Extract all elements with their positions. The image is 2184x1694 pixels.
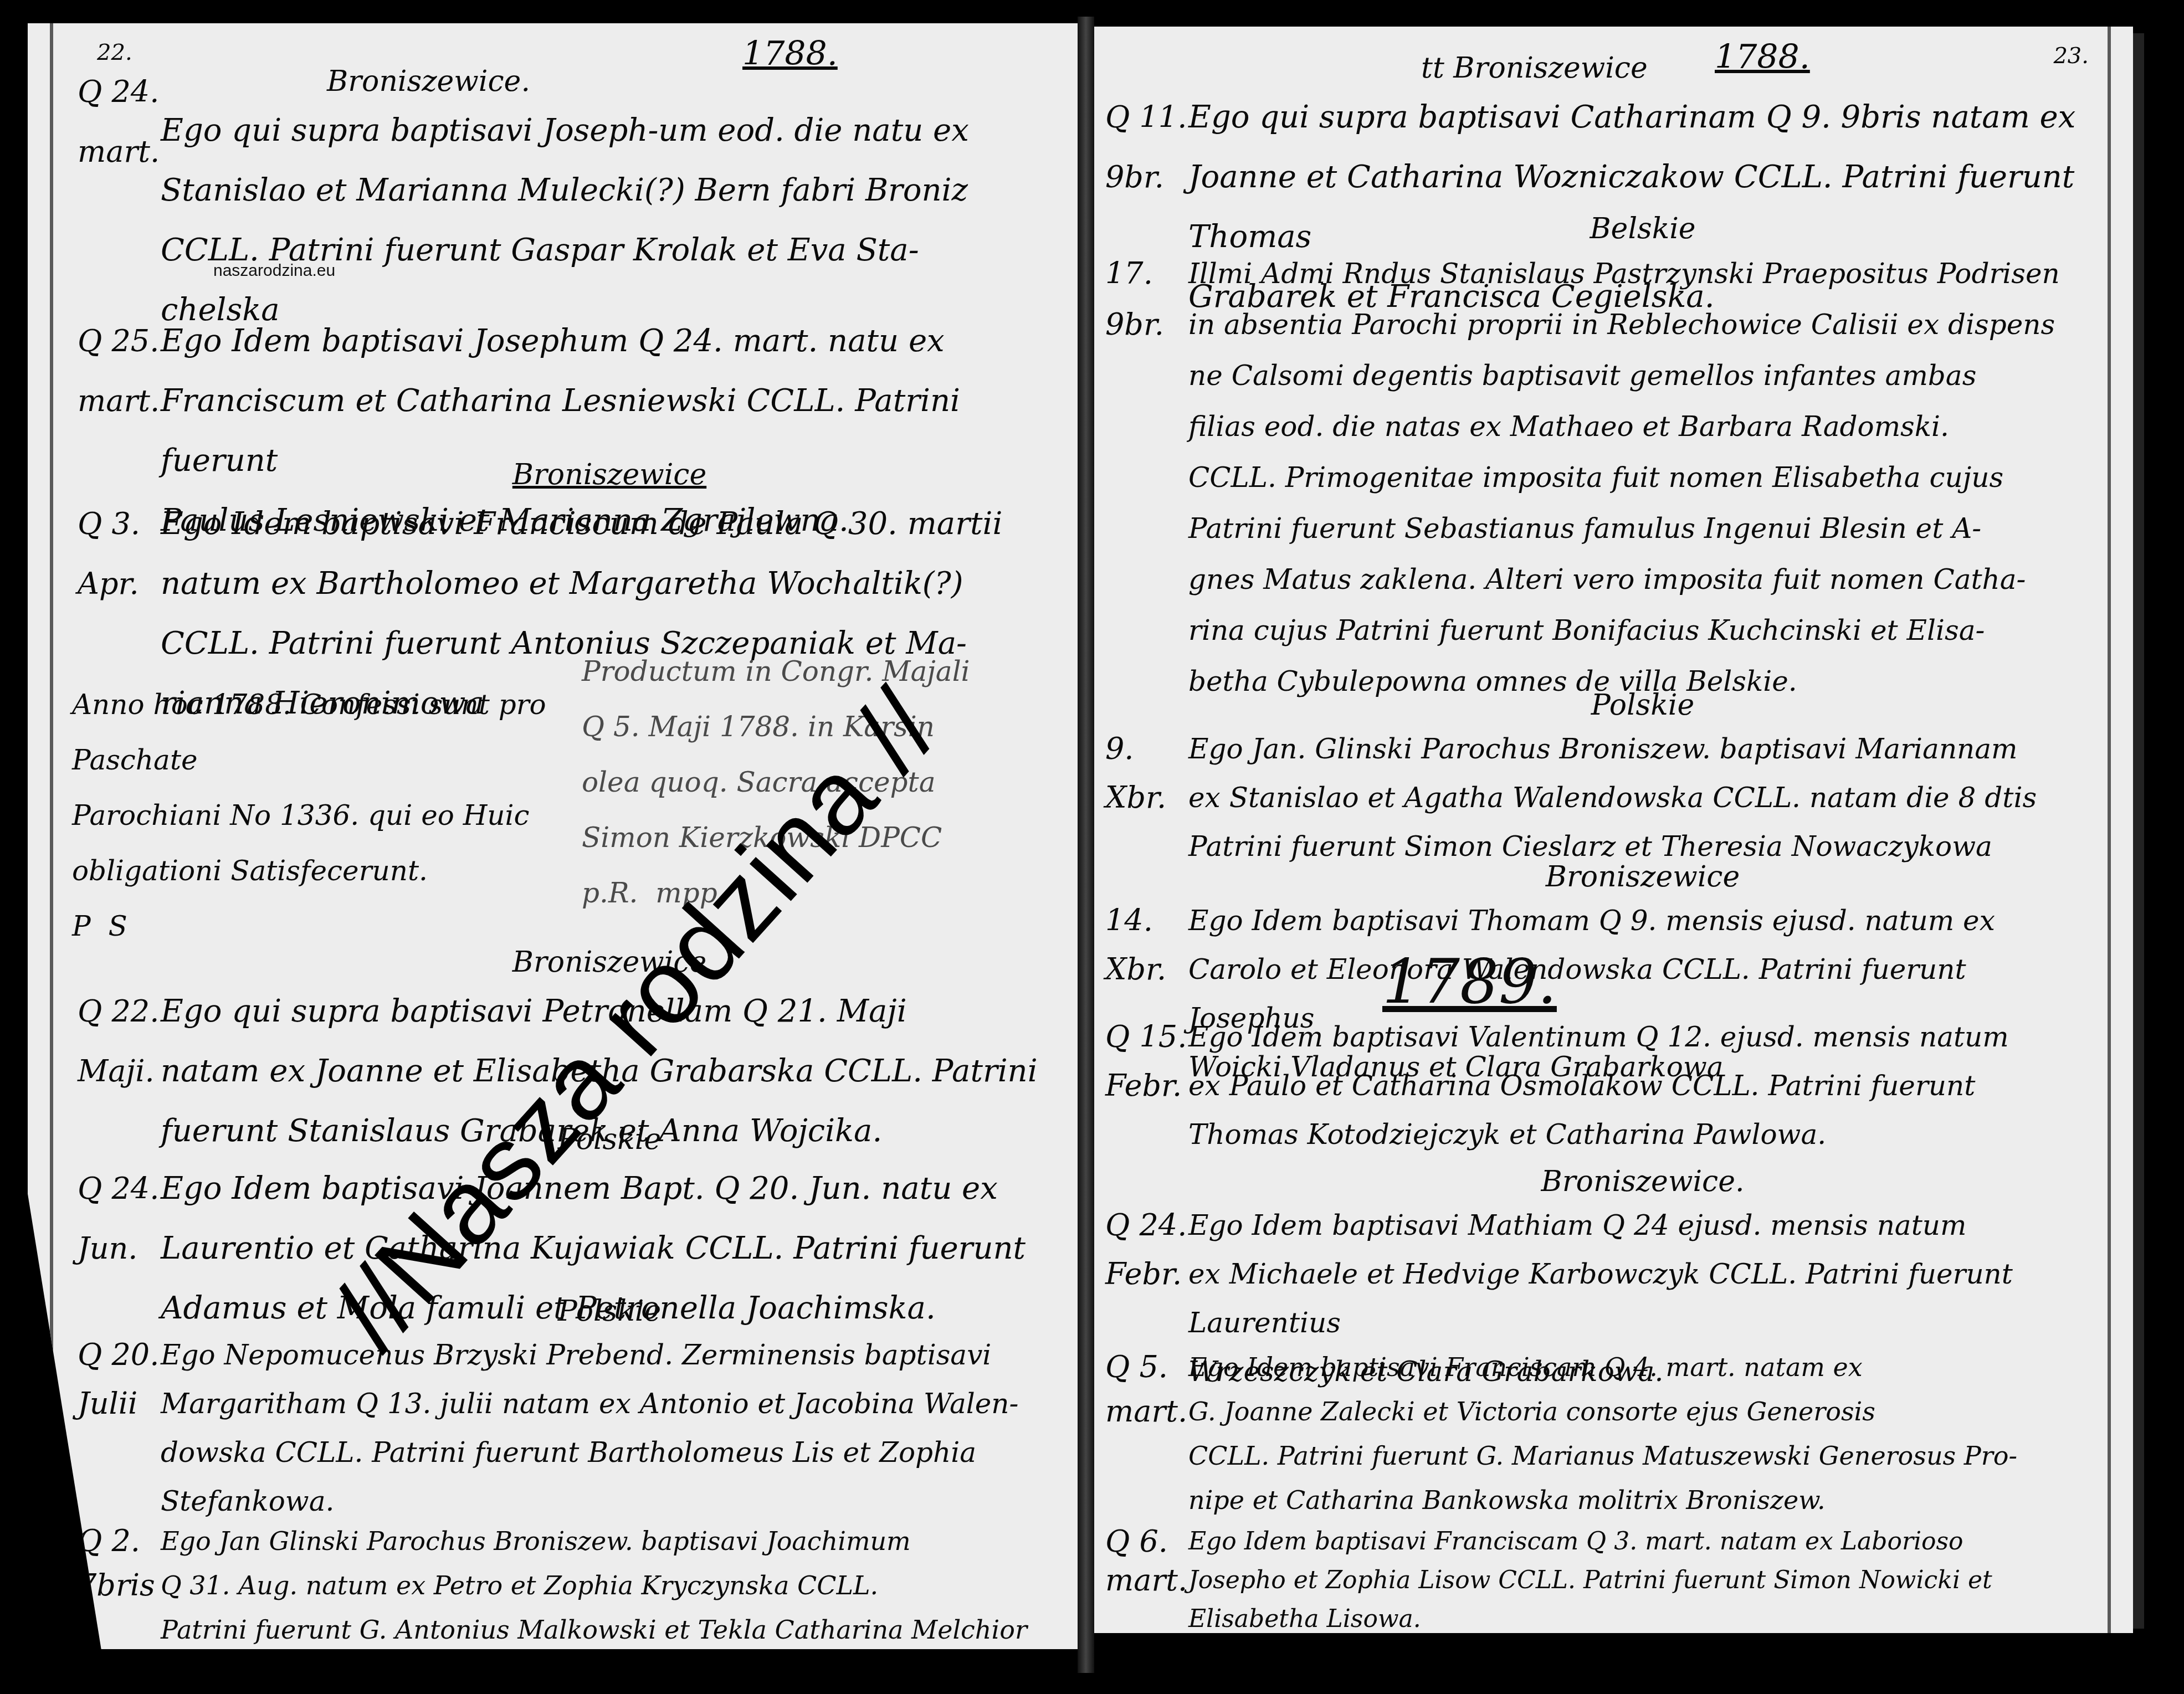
baptism-entry: Polskie Q 20. Julii Ego Nepomucenus Brzy…	[161, 1292, 1058, 1526]
entry-text: Ego Idem baptisavi Franciscam Q 4. mart.…	[1188, 1345, 2097, 1522]
left-page: 22. 1788. Q 24. mart. Broniszewice. Ego …	[28, 23, 1078, 1649]
entry-text: Ego Jan Glinski Parochus Broniszew. bapt…	[161, 1519, 1058, 1649]
entry-date: Q 6. mart.	[1105, 1522, 1199, 1600]
village-heading: Polskie	[161, 1292, 1058, 1331]
entry-date: Q 25. mart.	[78, 311, 172, 431]
entry-text: Illmi Admi Rndus Stanislaus Pastrzynski …	[1188, 248, 2097, 707]
village-heading: Broniszewice.	[161, 62, 1058, 101]
register-spread: 22. 1788. Q 24. mart. Broniszewice. Ego …	[0, 0, 2184, 1694]
entry-date: Q 24. mart.	[78, 62, 172, 182]
entry-text: Ego qui supra baptisavi Joseph-um eod. d…	[161, 101, 1058, 340]
baptism-entry: Q 2. 7bris Ego Jan Glinski Parochus Bron…	[161, 1519, 1058, 1649]
baptism-entry: Q 6. mart. Ego Idem baptisavi Franciscam…	[1188, 1522, 2097, 1633]
entry-date: Q 11. 9br.	[1105, 88, 1199, 207]
village-heading: Polskie	[1188, 686, 2097, 725]
book-gutter	[1078, 17, 1094, 1673]
entry-text: Ego Jan. Glinski Parochus Broniszew. bap…	[1188, 725, 2097, 871]
entry-date: 17. 9br.	[1105, 248, 1199, 350]
easter-confession-note: Anno hoc 1788. Confessi sunt pro Paschat…	[72, 677, 571, 954]
entry-date: Q 24. Jun.	[78, 1159, 172, 1279]
entry-date: 14. Xbr.	[1105, 896, 1199, 994]
baptism-entry: Q 15. Febr. Ego Idem baptisavi Valentinu…	[1188, 1013, 2097, 1159]
entry-date: Q 5. mart.	[1105, 1345, 1199, 1434]
baptism-entry: Polskie 9. Xbr. Ego Jan. Glinski Parochu…	[1188, 686, 2097, 871]
village-heading: Belskie	[1188, 209, 2097, 248]
entry-date: Q 20. Julii	[78, 1331, 172, 1428]
site-watermark: naszarodzina.eu	[213, 261, 335, 280]
entry-date: Q 15. Febr.	[1105, 1013, 1199, 1110]
baptism-entry: Q 5. mart. Ego Idem baptisavi Franciscam…	[1188, 1345, 2097, 1522]
entry-text: Ego Nepomucenus Brzyski Prebend. Zermine…	[161, 1331, 1058, 1526]
entry-date: Q 22. Maji.	[78, 982, 172, 1101]
village-heading: Broniszewice	[1188, 858, 2097, 896]
year-marker: 1789.	[1382, 946, 1557, 1017]
entry-date: Q 24. Febr.	[1105, 1201, 1199, 1298]
book-edge	[2133, 33, 2144, 1629]
baptism-entry: Belskie 17. 9br. Illmi Admi Rndus Stanis…	[1188, 209, 2097, 707]
entry-date: Q 2. 7bris	[78, 1519, 172, 1608]
entry-text: Ego Idem baptisavi Franciscam Q 3. mart.…	[1188, 1522, 2097, 1633]
entry-text: Ego Idem baptisavi Valentinum Q 12. ejus…	[1188, 1013, 2097, 1159]
village-heading: Broniszewice.	[1188, 1162, 2097, 1201]
village-heading: Broniszewice	[161, 455, 1058, 494]
baptism-entry: Q 24. mart. Broniszewice. Ego qui supra …	[161, 62, 1058, 340]
right-page: 23. 1788. tt Broniszewice Q 11. 9br. Ego…	[1094, 27, 2133, 1633]
entry-date: 9. Xbr.	[1105, 725, 1199, 822]
margin-rule	[50, 23, 53, 1649]
margin-rule	[2108, 27, 2111, 1633]
entry-date: Q 3. Apr.	[78, 494, 172, 614]
village-heading: tt Broniszewice	[1188, 49, 2097, 88]
